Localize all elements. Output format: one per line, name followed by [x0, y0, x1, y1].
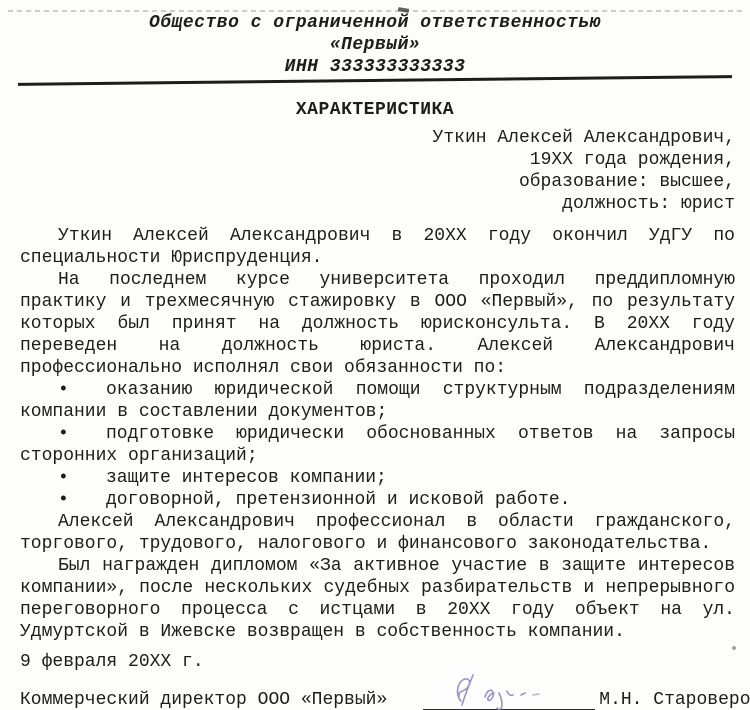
bullet-item-documents: •оказанию юридической помощи структурным… — [20, 379, 735, 423]
signature-ink-scribble — [451, 673, 561, 710]
company-inn-line: ИНН 333333333333 — [0, 56, 750, 78]
paragraph-education: Уткин Алексей Александрович в 20ХХ году … — [20, 225, 735, 269]
signatory-role: Коммерческий директор ООО «Первый» — [20, 689, 387, 710]
paragraph-career: На последнем курсе университета проходил… — [20, 269, 735, 379]
bullet-text: договорной, претензионной и исковой рабо… — [106, 490, 570, 510]
subject-block: Уткин Алексей Александрович, 19ХХ года р… — [0, 127, 750, 215]
document-body: Уткин Алексей Александрович в 20ХХ году … — [20, 225, 735, 643]
subject-position-line: должность: юрист — [0, 193, 735, 215]
company-type-line: Общество с ограниченной ответственностью — [0, 12, 750, 34]
signatory-name: М.Н. Староверов — [599, 689, 750, 710]
bullet-icon: • — [58, 423, 106, 445]
bullet-icon: • — [58, 467, 106, 489]
bullet-icon: • — [58, 489, 106, 511]
signature-line — [423, 699, 595, 710]
company-name-line: «Первый» — [0, 34, 750, 56]
bullet-item-interests: •защите интересов компании; — [20, 467, 735, 489]
document-title: ХАРАКТЕРИСТИКА — [0, 99, 750, 121]
subject-education-line: образование: высшее, — [0, 171, 735, 193]
signature-row: Коммерческий директор ООО «Первый» М.Н. … — [20, 689, 735, 710]
scan-artifact-band — [8, 10, 744, 12]
paragraph-expertise: Алексей Александрович профессионал в обл… — [20, 511, 735, 555]
subject-name-line: Уткин Алексей Александрович, — [0, 127, 735, 149]
bullet-text: подготовке юридически обоснованных ответ… — [20, 424, 735, 466]
bullet-item-responses: •подготовке юридически обоснованных отве… — [20, 423, 735, 467]
scanned-document-page: Общество с ограниченной ответственностью… — [0, 0, 750, 710]
bullet-icon: • — [58, 379, 106, 401]
document-date: 9 февраля 20ХХ г. — [20, 651, 750, 673]
scan-artifact-dot — [732, 646, 736, 650]
bullet-text: оказанию юридической помощи структурным … — [20, 380, 735, 422]
bullet-item-contracts: •договорной, претензионной и исковой раб… — [20, 489, 735, 511]
subject-birth-line: 19ХХ года рождения, — [0, 149, 735, 171]
bullet-text: защите интересов компании; — [106, 468, 387, 488]
paragraph-award: Был награжден дипломом «За активное учас… — [20, 555, 735, 643]
